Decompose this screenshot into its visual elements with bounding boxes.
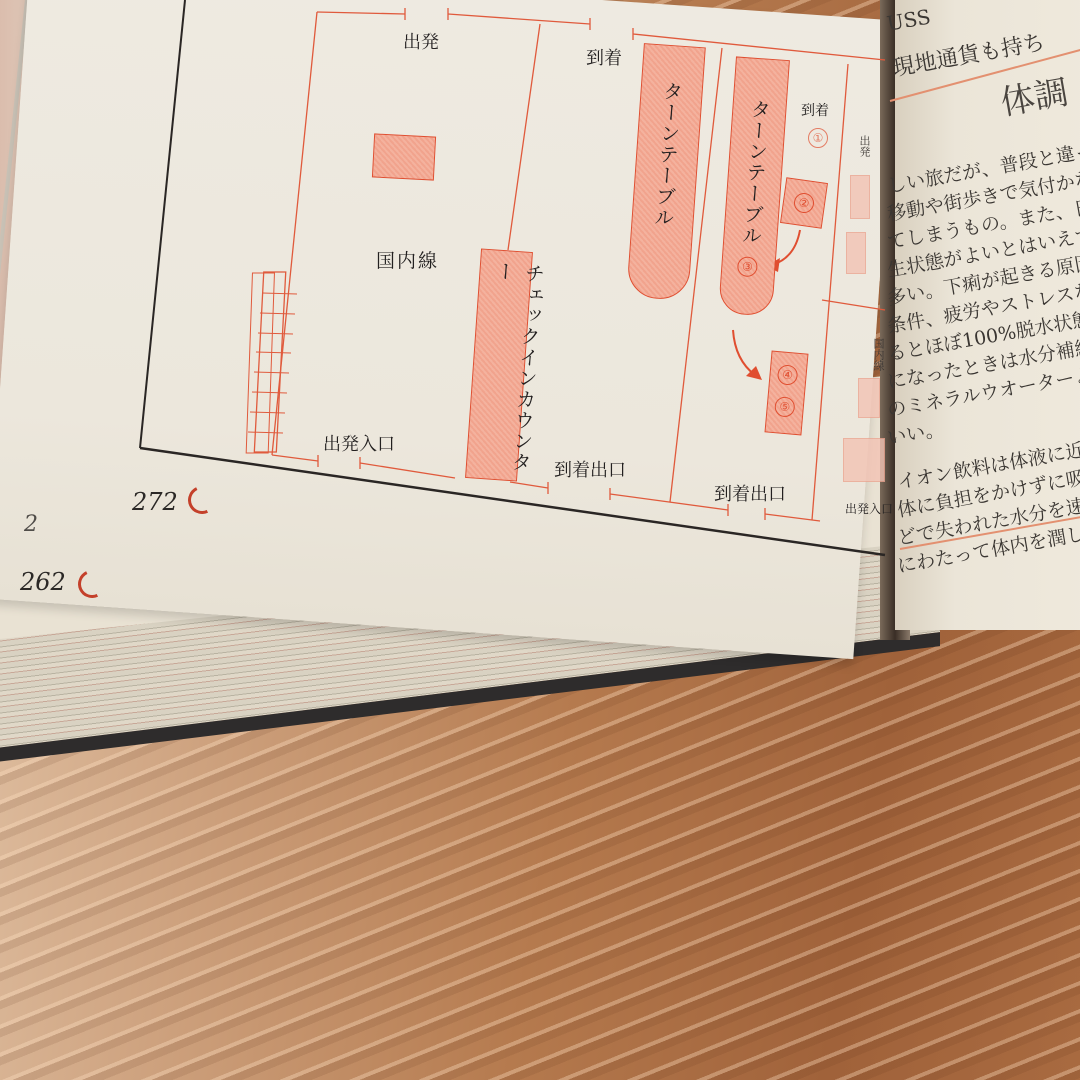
step-1-marker: ①: [808, 128, 828, 148]
domestic-label: 国内線: [376, 246, 439, 273]
departure-small-label: 出発: [856, 135, 872, 157]
step-3-marker: ③: [737, 256, 758, 277]
area-2: ②: [780, 177, 828, 228]
step-4-marker: ④: [777, 364, 799, 386]
faint-area: [846, 232, 866, 274]
step-5-marker: ⑤: [774, 396, 796, 418]
faint-area: [843, 438, 885, 482]
arrival-small-label: 到着: [801, 100, 829, 120]
area-4-5: ④ ⑤: [764, 351, 808, 436]
step-2-marker: ②: [793, 192, 816, 215]
airport-floor-plan: [0, 0, 1080, 1080]
turntable-2-label: ターンテーブル: [736, 98, 775, 247]
arrival-exit-label-2: 到着出口: [714, 480, 786, 506]
faint-area: [858, 378, 880, 418]
arrival-label: 到着: [586, 44, 622, 70]
departure-entrance-small-label: 出発入口: [845, 500, 893, 517]
faint-area: [850, 175, 870, 219]
domestic-small-label: 国内線: [870, 338, 886, 371]
info-desk: [372, 133, 436, 180]
page-number: 272: [132, 488, 178, 516]
departure-label: 出発: [403, 28, 439, 54]
departure-entrance-label: 出発入口: [323, 430, 395, 456]
page-number-partial: 2: [24, 512, 38, 537]
page-number-under: 262: [20, 568, 66, 596]
arrival-exit-label-1: 到着出口: [554, 456, 626, 482]
turntable-1-label: ターンテーブル: [648, 80, 687, 229]
